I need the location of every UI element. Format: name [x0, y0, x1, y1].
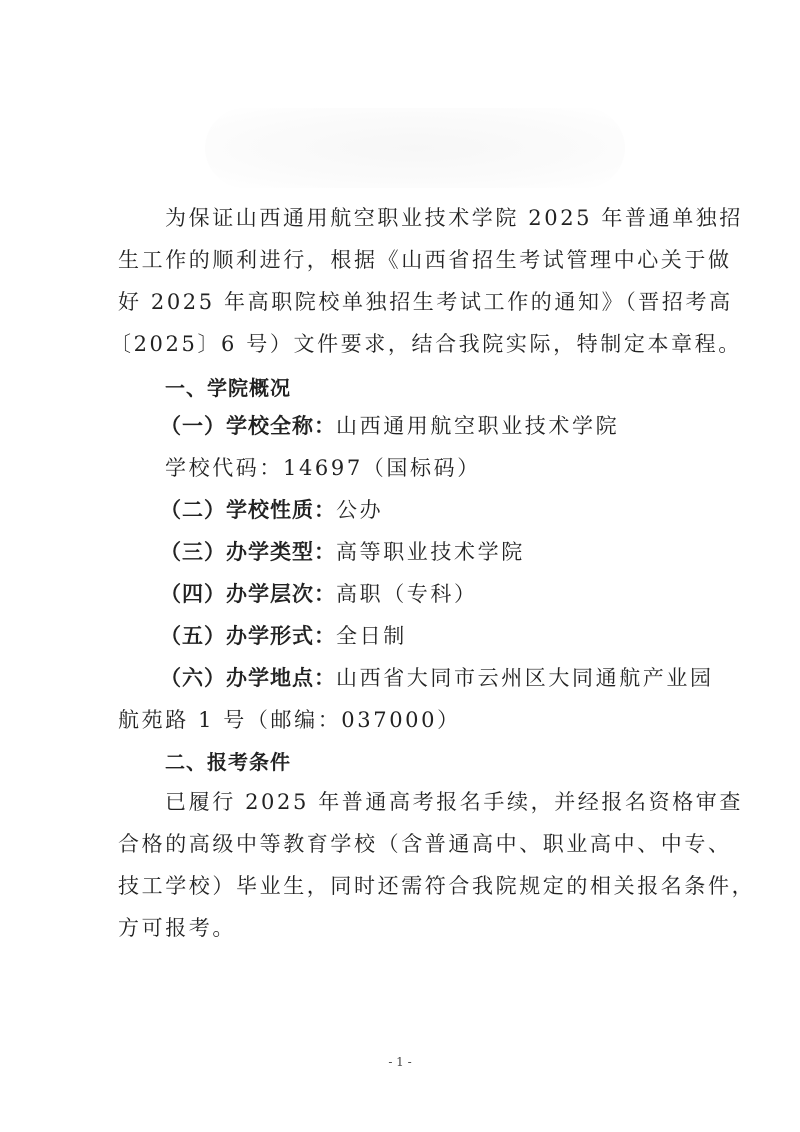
- info-item: （四）办学层次：高职（专科）: [160, 580, 478, 608]
- text-line: 方可报考。: [118, 914, 236, 942]
- page-number: - 1 -: [0, 1055, 800, 1069]
- info-label: （一）学校全称：: [160, 414, 336, 438]
- section-heading: 一、学院概况: [165, 374, 291, 402]
- text-line: 为保证山西通用航空职业技术学院 2025 年普通单独招: [165, 204, 743, 232]
- text-line: 技工学校）毕业生，同时还需符合我院规定的相关报名条件，: [118, 872, 755, 900]
- text-line: 已履行 2025 年普通高考报名手续，并经报名资格审查: [165, 788, 743, 816]
- info-label: （五）办学形式：: [160, 624, 336, 648]
- info-label: （四）办学层次：: [160, 582, 336, 606]
- info-value: 航苑路 1 号（邮编：037000）: [118, 708, 461, 732]
- info-item: （六）办学地点：山西省大同市云州区大同通航产业园: [160, 664, 714, 692]
- text-line: 〔2025〕6 号）文件要求，结合我院实际，特制定本章程。: [110, 330, 742, 358]
- info-label: （二）学校性质：: [160, 498, 336, 522]
- text-line: 好 2025 年高职院校单独招生考试工作的通知》（晋招考高: [118, 288, 733, 316]
- info-label: （三）办学类型：: [160, 540, 336, 564]
- info-item: 航苑路 1 号（邮编：037000）: [118, 706, 461, 734]
- info-item: （三）办学类型：高等职业技术学院: [160, 538, 525, 566]
- text-line: 合格的高级中等教育学校（含普通高中、职业高中、中专、: [118, 830, 732, 858]
- info-value: 高等职业技术学院: [336, 540, 525, 564]
- info-value: 公办: [336, 498, 383, 522]
- info-item: （二）学校性质：公办: [160, 496, 383, 524]
- info-item: （五）办学形式：全日制: [160, 622, 407, 650]
- info-value: 学校代码：14697（国标码）: [165, 456, 481, 480]
- info-value: 高职（专科）: [336, 582, 478, 606]
- faded-title-block: [205, 108, 625, 188]
- info-item: 学校代码：14697（国标码）: [165, 454, 481, 482]
- info-item: （一）学校全称：山西通用航空职业技术学院: [160, 412, 619, 440]
- info-label: （六）办学地点：: [160, 666, 336, 690]
- section-heading: 二、报考条件: [165, 748, 291, 776]
- info-value: 山西通用航空职业技术学院: [336, 414, 619, 438]
- text-line: 生工作的顺利进行，根据《山西省招生考试管理中心关于做: [118, 246, 732, 274]
- info-value: 山西省大同市云州区大同通航产业园: [336, 666, 714, 690]
- info-value: 全日制: [336, 624, 407, 648]
